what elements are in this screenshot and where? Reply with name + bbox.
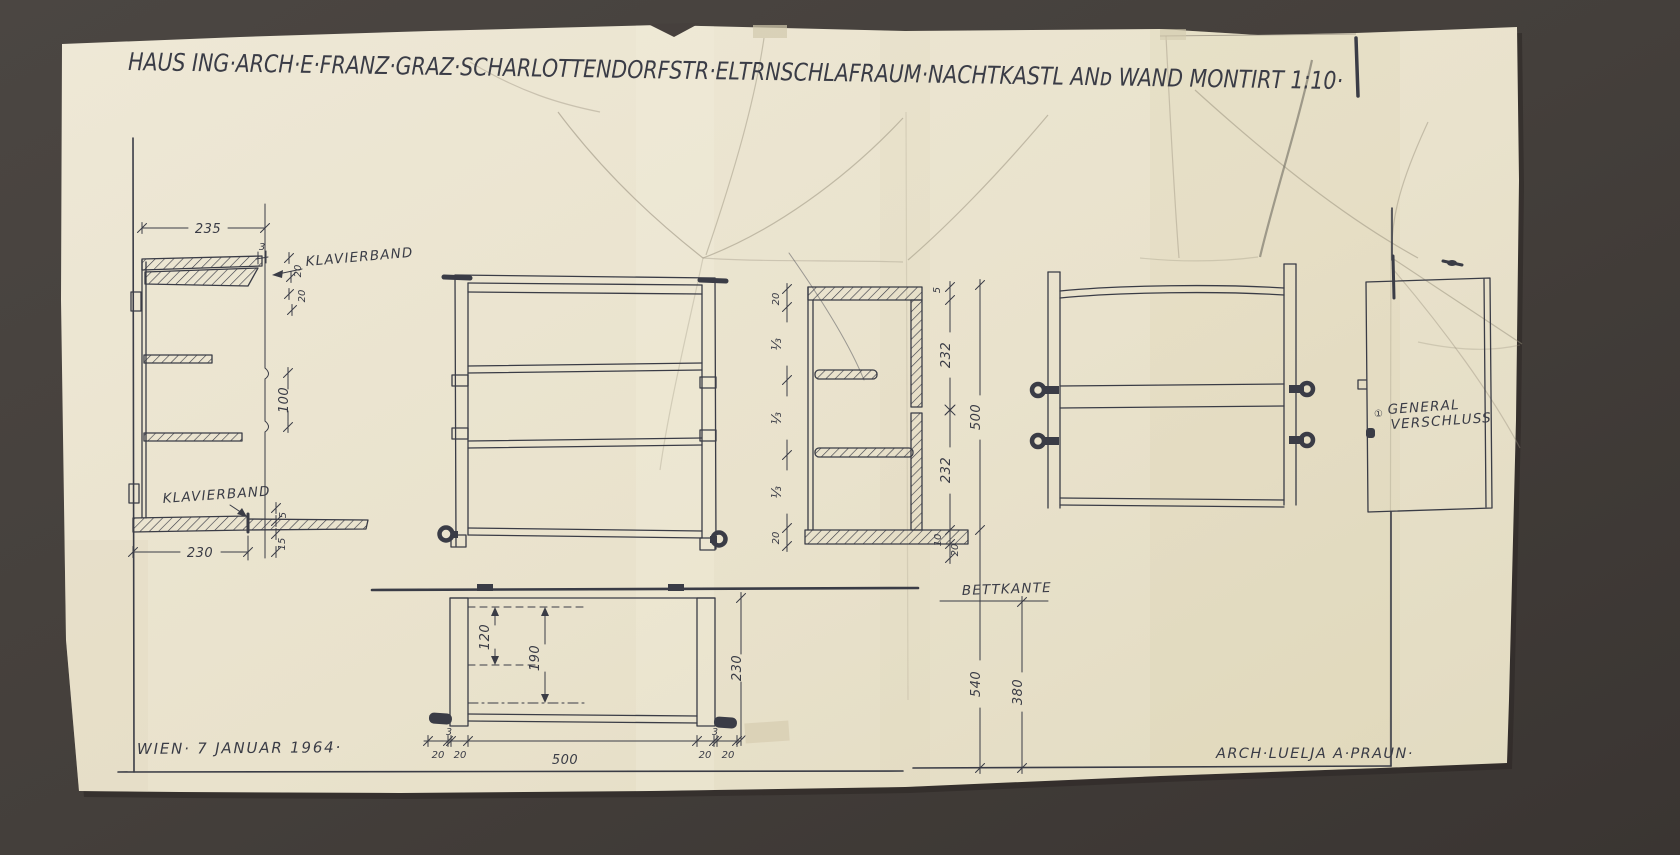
section-dim-20: 20 xyxy=(950,544,961,557)
hinge-pin-right xyxy=(700,280,726,281)
dim-20a-label: 20 xyxy=(293,265,304,278)
section-dim-bottom20: 20 xyxy=(771,532,782,545)
knob-left-pin xyxy=(452,531,458,538)
dim-120-label: 120 xyxy=(478,624,493,650)
section-right-wall-upper xyxy=(911,300,922,407)
shelf-board-upper xyxy=(144,355,212,363)
dim-500-label: 500 xyxy=(969,404,984,430)
dim-15-label: 15 xyxy=(277,538,288,551)
footer-place-date: WIEN· 7 JANUAR 1964· xyxy=(137,738,342,758)
section-third-2: ⅓ xyxy=(770,411,785,424)
footer-architect: ARCH·LUELJA A·PRAUN· xyxy=(1215,746,1414,762)
section-dim-232-upper: 232 xyxy=(939,342,954,368)
section-third-1: ⅓ xyxy=(770,337,785,350)
eyelet-pin xyxy=(1289,385,1304,393)
section-dim-top20: 20 xyxy=(771,293,782,306)
chain-left-20a: 20 xyxy=(432,750,445,761)
eyelet-pin xyxy=(1044,386,1059,394)
wall-bracket xyxy=(477,584,493,591)
chain-right-3: 3 xyxy=(712,727,718,738)
section-top-board xyxy=(808,287,922,300)
dim-190-label: 190 xyxy=(528,645,543,671)
dim-380-label: 380 xyxy=(1011,679,1026,705)
eyelet-pin xyxy=(1289,436,1304,444)
chain-left-3: 3 xyxy=(446,727,452,738)
hinge-stub xyxy=(429,712,453,725)
tape-bottom xyxy=(744,720,789,743)
shelf-board-lower xyxy=(144,433,242,441)
bettkante-label: BETTKANTE xyxy=(962,580,1053,599)
dim-100-label: 100 xyxy=(277,387,292,413)
section-shelf-lower xyxy=(815,448,913,457)
dim-540-label: 540 xyxy=(969,671,984,697)
plan-dim-500-label: 500 xyxy=(552,753,578,768)
chain-left-20b: 20 xyxy=(454,750,467,761)
knob-right-pin xyxy=(710,536,717,543)
bottom-board xyxy=(133,516,248,532)
tape-top xyxy=(753,25,787,38)
section-dim-232-lower: 232 xyxy=(939,457,954,483)
keyhole-icon xyxy=(1366,428,1375,438)
section-dim-5: 5 xyxy=(932,287,943,293)
lock-marker: ① xyxy=(1374,409,1383,420)
section-dim-10: 10 xyxy=(933,534,944,547)
chain-right-20b: 20 xyxy=(722,750,735,761)
hinge-pin-left xyxy=(444,277,470,278)
tape-top-right xyxy=(1160,29,1186,40)
chain-right-20a: 20 xyxy=(699,750,712,761)
dim-20b-label: 20 xyxy=(297,290,308,303)
fold-ink-mark xyxy=(1356,38,1358,96)
section-third-3: ⅓ xyxy=(770,485,785,498)
bottom-board-flap xyxy=(248,519,368,530)
dim-3-label: 3 xyxy=(259,242,265,253)
section-right-wall-lower xyxy=(911,413,922,530)
blueprint-photo: HAUS ING·ARCH·E·FRANZ·GRAZ·SCHARLOTTENDO… xyxy=(0,0,1680,855)
eyelet-pin xyxy=(1044,437,1059,445)
section-shelf-upper xyxy=(815,370,877,379)
plan-dim-230-label: 230 xyxy=(730,655,745,681)
dim-230-label: 230 xyxy=(187,546,213,561)
wall-bracket xyxy=(668,584,684,591)
dim-235-label: 235 xyxy=(195,222,221,237)
dim-5-label: 5 xyxy=(278,512,289,518)
screenshot-stage: HAUS ING·ARCH·E·FRANZ·GRAZ·SCHARLOTTENDO… xyxy=(0,0,1680,855)
